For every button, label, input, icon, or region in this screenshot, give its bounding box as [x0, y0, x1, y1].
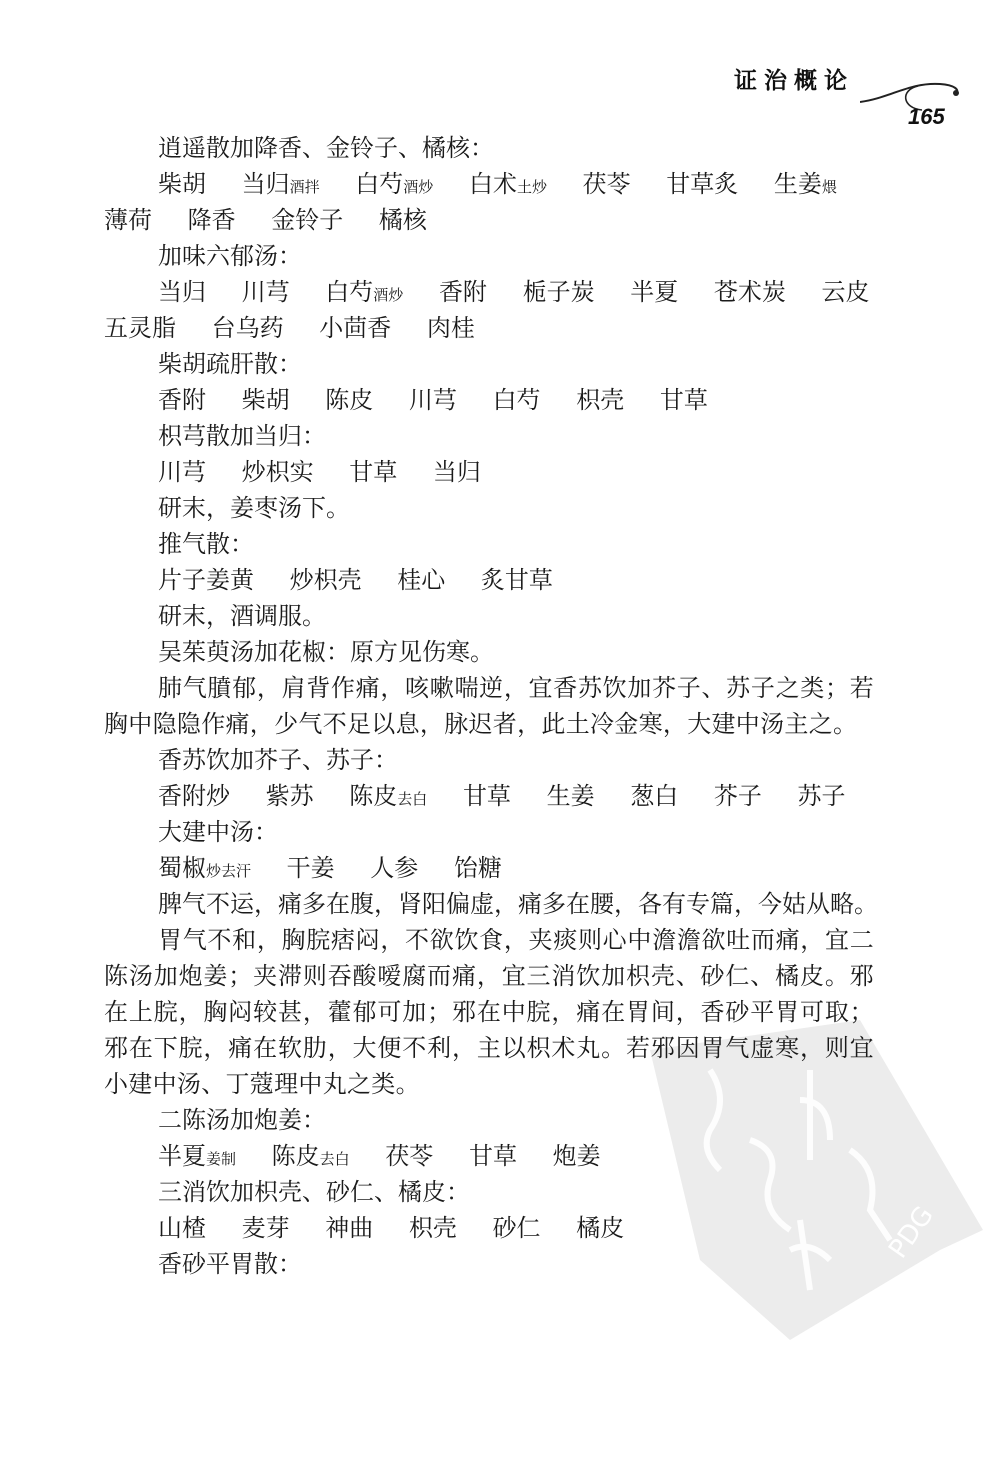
- preparation-instruction: 研末，姜枣汤下。: [104, 490, 874, 526]
- page-header: 证治概论 165: [730, 60, 980, 130]
- body-paragraph: 肺气膹郁，肩背作痛，咳嗽喘逆，宜香苏饮加芥子、苏子之类；若胸中隐隐作痛，少气不足…: [104, 670, 874, 742]
- formula-ingredients-continued: 薄荷 降香 金铃子 橘核: [104, 202, 874, 238]
- formula-ingredients: 半夏姜制 陈皮去白 茯苓 甘草 炮姜: [104, 1138, 874, 1174]
- formula-ingredients: 香附炒 紫苏 陈皮去白 甘草 生姜 葱白 芥子 苏子: [104, 778, 874, 814]
- formula-ingredients: 当归 川芎 白芍酒炒 香附 栀子炭 半夏 苍术炭 云皮: [104, 274, 874, 310]
- body-note: 脾气不运，痛多在腹，肾阳偏虚，痛多在腰，各有专篇，今姑从略。: [104, 886, 874, 922]
- formula-title: 三消饮加枳壳、砂仁、橘皮：: [104, 1174, 874, 1210]
- body-paragraph: 胃气不和，胸脘痞闷，不欲饮食，夹痰则心中澹澹欲吐而痛，宜二陈汤加炮姜；夹滞则吞酸…: [104, 922, 874, 1102]
- formula-reference: 吴茱萸汤加花椒：原方见伤寒。: [104, 634, 874, 670]
- preparation-instruction: 研末，酒调服。: [104, 598, 874, 634]
- formula-ingredients: 柴胡 当归酒拌 白芍酒炒 白术土炒 茯苓 甘草炙 生姜煨: [104, 166, 874, 202]
- formula-ingredients: 山楂 麦芽 神曲 枳壳 砂仁 橘皮: [104, 1210, 874, 1246]
- formula-title: 枳芎散加当归：: [104, 418, 874, 454]
- formula-title: 逍遥散加降香、金铃子、橘核：: [104, 130, 874, 166]
- formula-ingredients-continued: 五灵脂 台乌药 小茴香 肉桂: [104, 310, 874, 346]
- formula-title: 香苏饮加芥子、苏子：: [104, 742, 874, 778]
- formula-ingredients: 川芎 炒枳实 甘草 当归: [104, 454, 874, 490]
- formula-title: 加味六郁汤：: [104, 238, 874, 274]
- formula-title: 香砂平胃散：: [104, 1246, 874, 1282]
- formula-title: 大建中汤：: [104, 814, 874, 850]
- page-body: 逍遥散加降香、金铃子、橘核： 柴胡 当归酒拌 白芍酒炒 白术土炒 茯苓 甘草炙 …: [104, 130, 874, 1282]
- running-title: 证治概论: [734, 62, 854, 95]
- formula-title: 推气散：: [104, 526, 874, 562]
- formula-ingredients: 香附 柴胡 陈皮 川芎 白芍 枳壳 甘草: [104, 382, 874, 418]
- formula-title: 二陈汤加炮姜：: [104, 1102, 874, 1138]
- svg-text:PDG: PDG: [883, 1201, 940, 1264]
- formula-ingredients: 片子姜黄 炒枳壳 桂心 炙甘草: [104, 562, 874, 598]
- formula-ingredients: 蜀椒炒去汗 干姜 人参 饴糖: [104, 850, 874, 886]
- formula-title: 柴胡疏肝散：: [104, 346, 874, 382]
- page-number: 165: [908, 104, 945, 130]
